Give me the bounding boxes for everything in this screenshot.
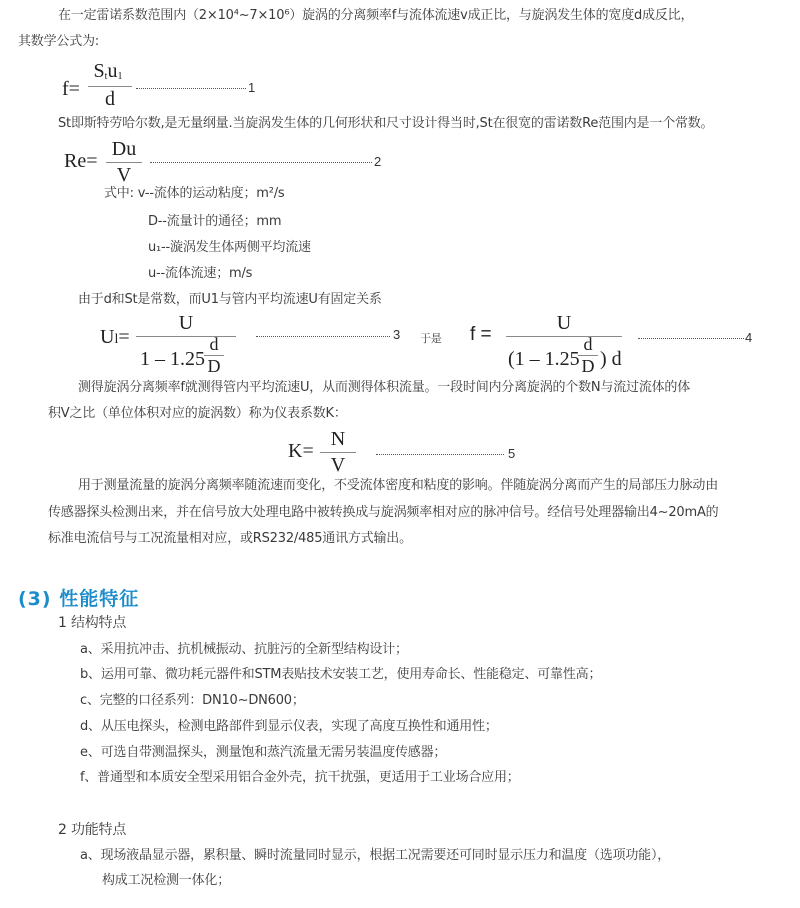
formula-5-denominator: V: [320, 454, 356, 477]
formula-3-inner-numerator: d: [204, 334, 224, 355]
formula-4-inner-denominator: D: [578, 356, 598, 377]
formula-4-denominator-prefix: (1 – 1.25: [508, 348, 580, 370]
structure-item-e: e、可选自带测温探头，测量饱和蒸汽流量无需另装温度传感器；: [80, 745, 446, 761]
usage-line-3: 标准电流信号与工况流量相对应，或RS232/485通讯方式输出。: [48, 531, 412, 547]
definition-u: u--流体流速；m/s: [148, 266, 252, 282]
section-heading: (3) 性能特征: [18, 584, 139, 611]
intro-line-2: 其数学公式为:: [18, 34, 99, 50]
equation-number-3: 3: [393, 327, 400, 342]
formula-1-denominator: d: [88, 88, 132, 111]
function-item-a: a、现场液晶显示器，累积量、瞬时流量同时显示，根据工况需要还可同时显示压力和温度…: [80, 848, 670, 864]
fraction-bar: [106, 162, 142, 163]
formula-3-inner-denominator: D: [204, 356, 224, 377]
formula-2-denominator: V: [106, 164, 142, 187]
formula-2-lhs: Re=: [64, 150, 98, 172]
leader-dots: [256, 336, 390, 337]
fraction-bar: [88, 86, 132, 87]
fraction-bar: [506, 336, 622, 337]
formula-1-numerator: Stu1: [88, 60, 128, 83]
measure-line-2: 积V之比（单位体积对应的旋涡数）称为仪表系数K：: [48, 406, 347, 422]
function-item-a-continued: 构成工况检测一体化；: [102, 873, 230, 889]
structure-item-d: d、从压电探头，检测电路部件到显示仪表，实现了高度互换性和通用性；: [80, 719, 498, 735]
formula-4-lhs: f =: [470, 324, 492, 346]
leader-dots: [136, 88, 246, 89]
formula-1-lhs: f=: [62, 78, 80, 100]
structure-item-a: a、采用抗冲击、抗机械振动、抗脏污的全新型结构设计；: [80, 642, 408, 658]
formula-3-lhs: Ul=: [100, 326, 130, 351]
leader-dots: [638, 338, 744, 339]
definition-v: 式中: v--流体的运动粘度；m²/s: [104, 186, 284, 202]
structure-item-c: c、完整的口径系列：DN10~DN600；: [80, 693, 305, 709]
formula-3-numerator: U: [136, 312, 236, 335]
formula-4-denominator-suffix: ) d: [600, 348, 622, 370]
formula-3-denominator-prefix: 1 – 1.25: [140, 348, 205, 370]
definition-u1: u₁--漩涡发生体两侧平均流速: [148, 240, 311, 256]
formula-5-numerator: N: [320, 428, 356, 451]
formula-2-numerator: Du: [106, 138, 142, 161]
relation-text: 由于d和St是常数，而U1与管内平均流速U有固定关系: [78, 292, 382, 308]
usage-line-2: 传感器探头检测出来，并在信号放大处理电路中被转换成与旋涡频率相对应的脉冲信号。经…: [48, 505, 718, 521]
equation-number-5: 5: [508, 446, 515, 461]
leader-dots: [150, 162, 372, 163]
leader-dots: [376, 454, 504, 455]
formula-5-lhs: K=: [288, 440, 314, 462]
structure-item-b: b、运用可靠、微功耗元器件和STM表贴技术安装工艺，使用寿命长、性能稳定、可靠性…: [80, 667, 601, 683]
therefore-label: 于是: [420, 331, 442, 347]
measure-line-1: 测得旋涡分离频率f就测得管内平均流速U，从而测得体积流量。一段时间内分离旋涡的个…: [78, 380, 690, 396]
equation-number-4: 4: [745, 330, 752, 345]
strouhal-note: St即斯特劳哈尔数,是无量纲量.当旋涡发生体的几何形状和尺寸设计得当时,St在很…: [58, 116, 713, 132]
equation-number-2: 2: [374, 154, 381, 169]
intro-line-1: 在一定雷诺系数范围内（2×10⁴~7×10⁶）旋涡的分离频率f与流体流速v成正比…: [58, 8, 693, 24]
subsection-title-structure: 1 结构特点: [58, 615, 126, 631]
formula-4-numerator: U: [506, 312, 622, 335]
formula-4-inner-numerator: d: [578, 334, 598, 355]
structure-item-f: f、普通型和本质安全型采用铝合金外壳，抗干扰强，更适用于工业场合应用；: [80, 770, 520, 786]
usage-line-1: 用于测量流量的旋涡分离频率随流速而变化，不受流体密度和粘度的影响。伴随旋涡分离而…: [78, 478, 718, 494]
subsection-title-function: 2 功能特点: [58, 822, 126, 838]
fraction-bar: [320, 452, 356, 453]
definition-D: D--流量计的通径；mm: [148, 214, 281, 230]
equation-number-1: 1: [248, 80, 255, 95]
